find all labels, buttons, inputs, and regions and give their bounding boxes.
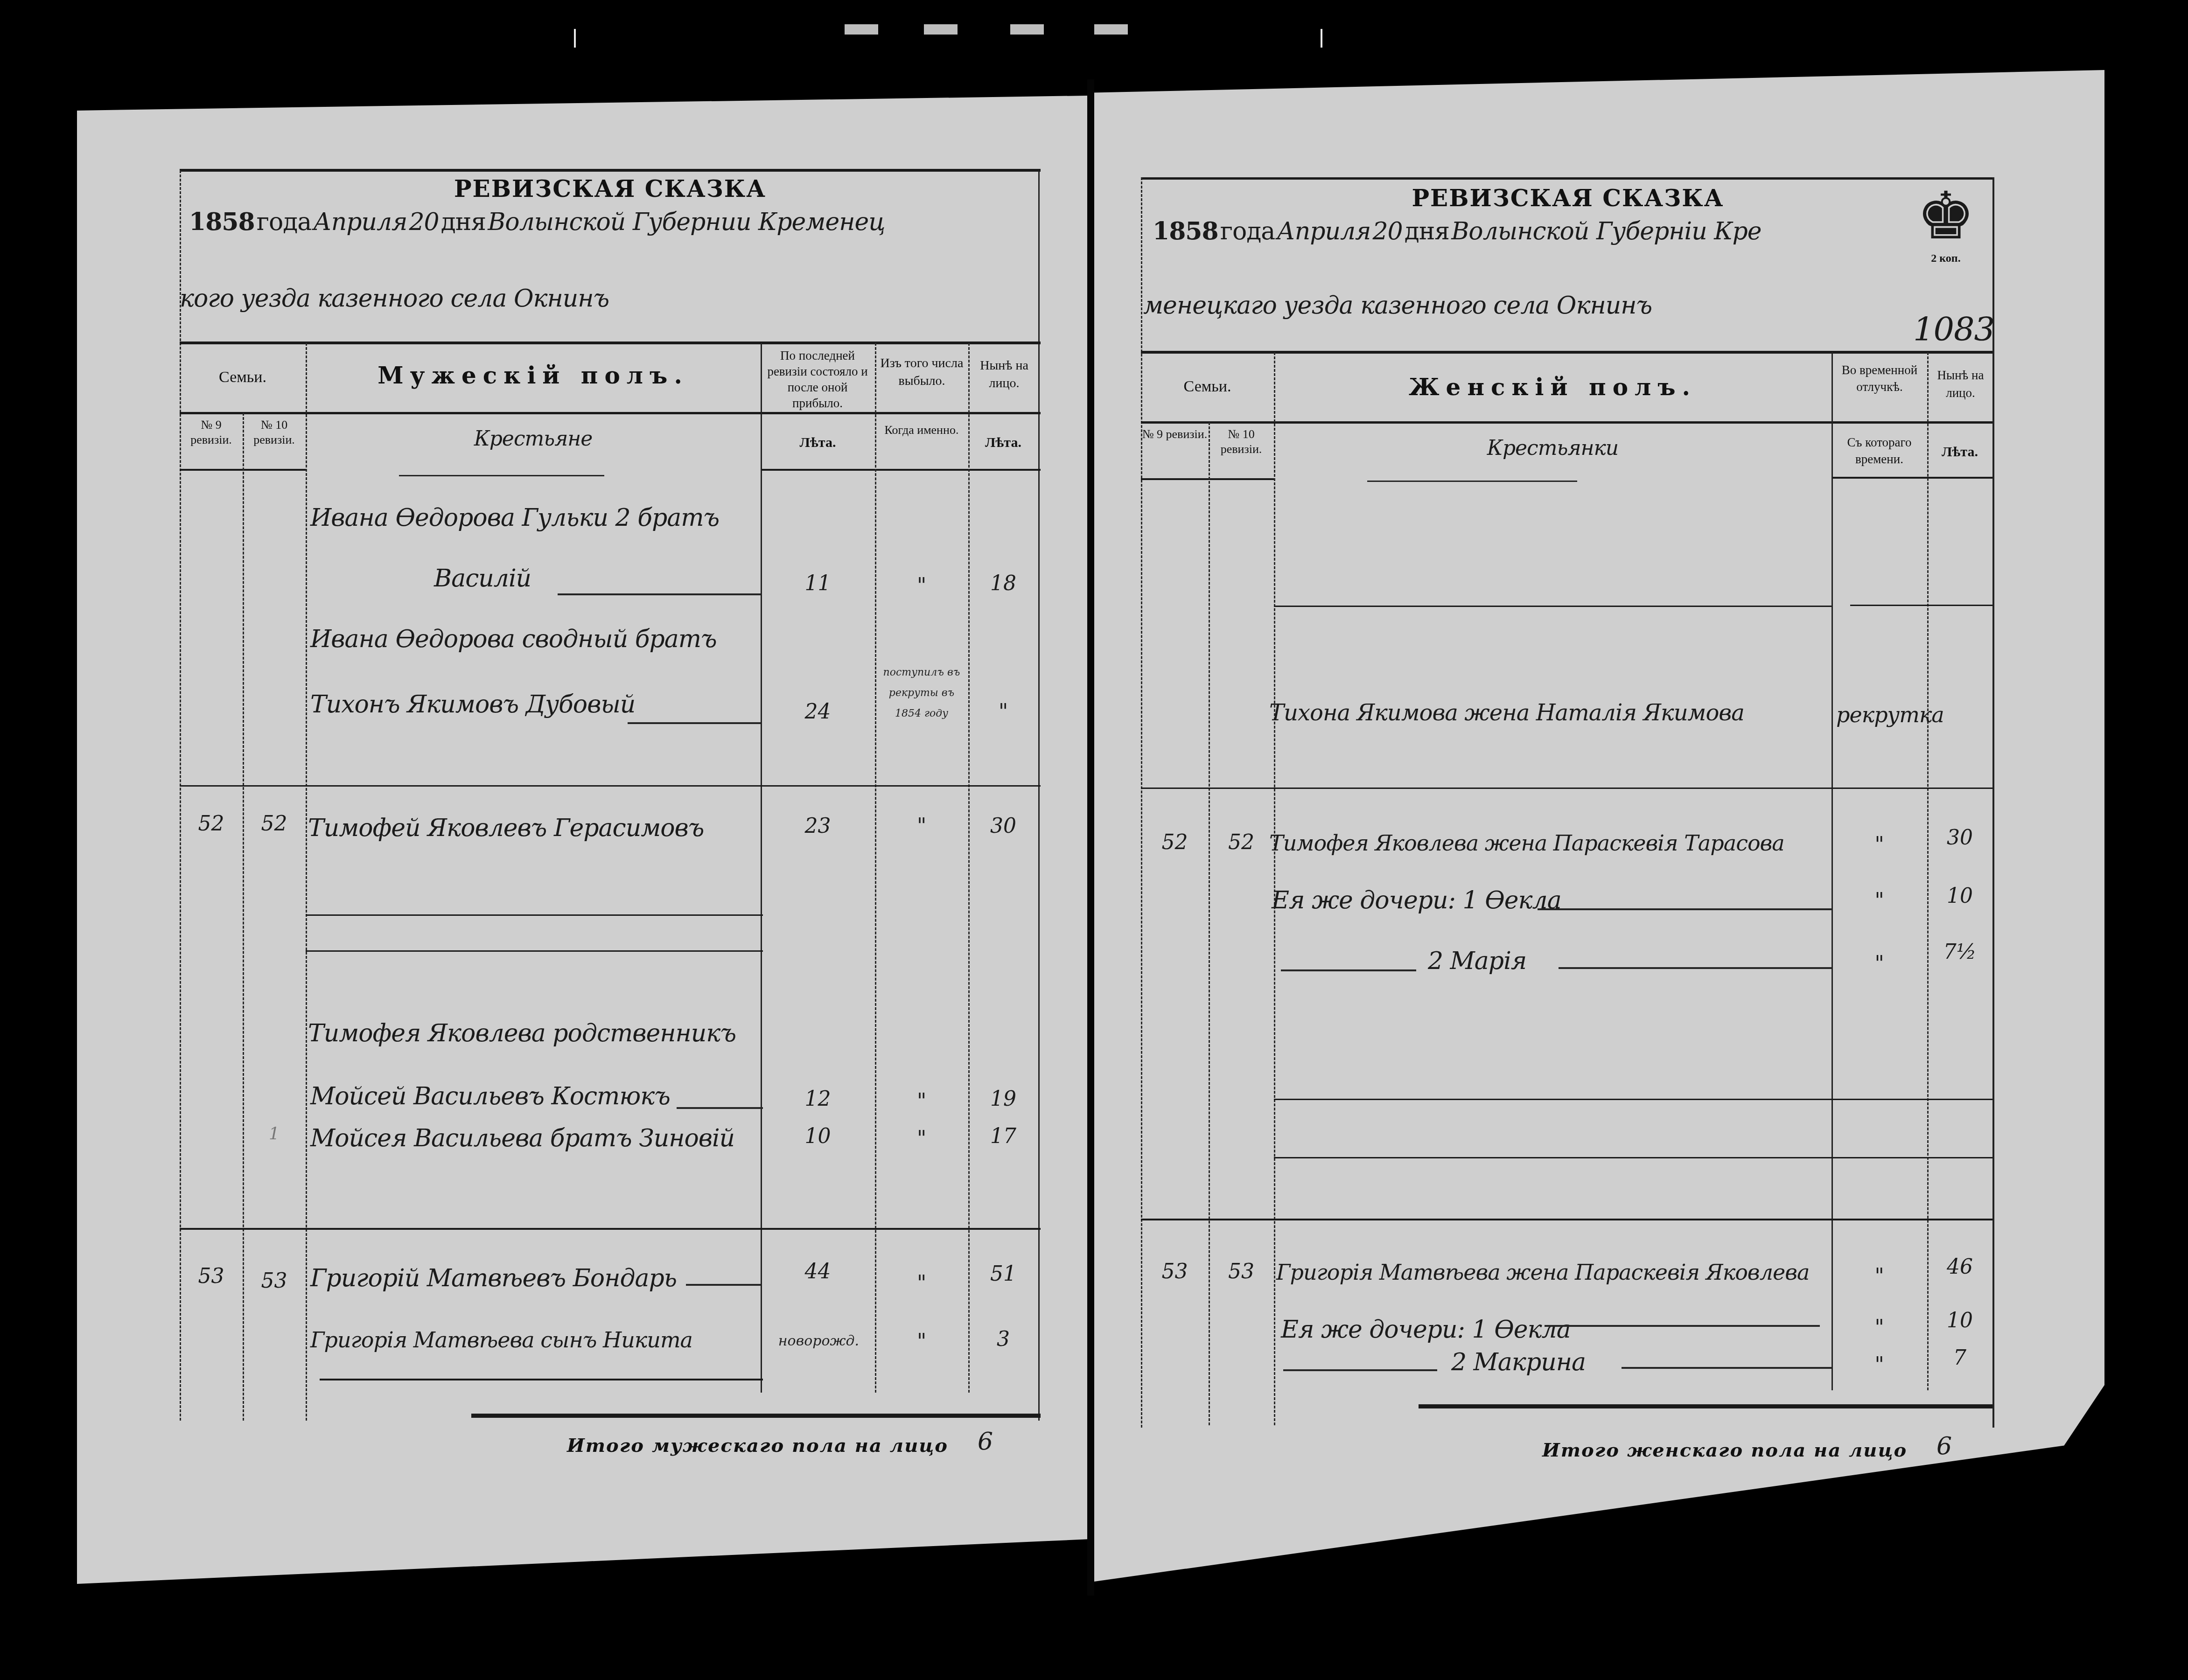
last-revision-age: 10 — [761, 1124, 875, 1148]
rev9-number: 52 — [180, 812, 243, 836]
category-label: Крестьянки — [1274, 436, 1831, 460]
row-separator — [180, 1228, 1041, 1230]
absence-value: " — [1831, 1264, 1927, 1288]
last-revision-age: 23 — [761, 814, 875, 838]
col-since-when: Съ котораго времени. — [1831, 434, 1927, 467]
heading-line-2: менецкаго уезда казенного села Окнинъ — [1143, 292, 1652, 320]
fill-line — [1283, 1369, 1437, 1371]
col-present: Нынѣ на лицо. — [1929, 366, 1992, 402]
absence-value: " — [1831, 1316, 1927, 1339]
row-separator — [180, 785, 1041, 787]
departed-value: " — [875, 1089, 968, 1113]
header-rule — [1141, 351, 1992, 354]
total-rule — [1419, 1404, 1992, 1408]
col-rev9: № 9 ревизіи. — [1141, 427, 1209, 442]
year: 1858 — [189, 208, 255, 236]
scan-tick — [574, 29, 576, 48]
fill-line — [1559, 967, 1831, 969]
person-name: Тихонъ Якимовъ Дубовый — [310, 690, 635, 718]
present-age: 10 — [1927, 884, 1992, 908]
row-separator — [306, 950, 763, 952]
col-departed: Изъ того числа выбыло. — [876, 355, 967, 390]
fill-line — [1545, 1325, 1820, 1327]
present-age: 7½ — [1927, 940, 1992, 964]
person-name: Тимофея Яковлева жена Параскевія Тарасов… — [1269, 830, 1784, 856]
rev9-number: 53 — [180, 1264, 243, 1288]
total-label: Итого мужескаго пола на лицо — [567, 1435, 948, 1457]
last-revision-age: 24 — [761, 700, 875, 724]
col-rev10: № 10 ревизіи. — [1209, 427, 1274, 457]
scan-tick — [1321, 29, 1322, 48]
person-name: Мойсей Васильевъ Костюкъ — [310, 1082, 670, 1110]
absence-note: рекрутка — [1836, 702, 1944, 727]
col-years: Лѣта. — [1927, 443, 1992, 461]
last-revision-age: 44 — [761, 1260, 875, 1283]
col-rule — [1141, 478, 1274, 480]
rev10-number: 53 — [243, 1269, 306, 1293]
category-label: Крестьяне — [306, 427, 761, 451]
top-rule — [180, 169, 1041, 172]
person-name: 2 Марія — [1428, 947, 1526, 975]
absence-value: " — [1831, 952, 1927, 976]
total-value: 6 — [1936, 1432, 1952, 1460]
year: 1858 — [1153, 217, 1218, 245]
present-age: 10 — [1927, 1309, 1992, 1332]
departed-value: " — [875, 574, 968, 598]
departed-note: поступилъ въ рекруты въ 1854 году — [875, 662, 968, 724]
present-age: 30 — [1927, 826, 1992, 850]
col-line — [1927, 352, 1929, 1390]
absence-value: " — [1831, 833, 1927, 857]
row-separator — [306, 914, 763, 916]
col-last-revision: По последней ревизіи состояло и после он… — [762, 348, 874, 411]
heading-line-1: 1858 года Априля 20 дня Волынской Губерн… — [189, 208, 885, 236]
departed-value: " — [875, 1127, 968, 1150]
double-headed-eagle-icon: ♚ — [1899, 184, 1992, 250]
present-age: 3 — [968, 1327, 1038, 1351]
form-title: РЕВИЗСКАЯ СКАЗКА — [180, 175, 1041, 202]
person-name: Григорія Матвѣева сынъ Никита — [310, 1327, 692, 1352]
fill-line — [677, 1107, 763, 1109]
person-name: Тимофей Яковлевъ Герасимовъ — [308, 814, 704, 842]
absence-value: " — [1831, 889, 1927, 913]
present-age: 7 — [1927, 1346, 1992, 1370]
person-name: Тихона Якимова жена Наталія Якимова — [1269, 700, 1744, 726]
present-age: " — [968, 700, 1038, 724]
header-rule — [180, 342, 1041, 344]
frame-left — [180, 170, 181, 1421]
col-families: Семьи. — [1141, 378, 1274, 396]
year-suffix: года — [1220, 217, 1275, 245]
present-age: 19 — [968, 1087, 1038, 1111]
rev10-number: 53 — [1209, 1260, 1274, 1283]
folio-number: 1083 — [1913, 310, 1994, 349]
form-title: РЕВИЗСКАЯ СКАЗКА — [1141, 184, 1995, 212]
day-suffix: дня — [441, 208, 486, 236]
total-value: 6 — [978, 1428, 993, 1456]
heading-line-1: 1858 года Априля 20 дня Волынской Губерн… — [1153, 217, 1762, 245]
day: 20 — [1373, 217, 1403, 245]
person-name: Ея же дочери: 1 Өекла — [1272, 886, 1561, 914]
departed-value: " — [875, 1271, 968, 1295]
person-name: Григорій Матвѣевъ Бондарь — [310, 1264, 677, 1292]
col-families: Семьи. — [180, 369, 306, 386]
person-name: Тимофея Яковлева родственникъ — [308, 1019, 736, 1047]
present-age: 30 — [968, 814, 1038, 838]
row-separator — [1274, 1099, 1992, 1100]
col-rule — [1831, 477, 1992, 479]
col-rev10: № 10 ревизіи. — [243, 418, 306, 447]
scan-mark — [1094, 24, 1128, 35]
person-name: Ея же дочери: 1 Өекла — [1281, 1316, 1571, 1344]
col-line — [1831, 352, 1833, 1390]
col-line — [968, 343, 970, 1393]
heading-line-2: кого уезда казенного села Окнинъ — [180, 285, 609, 313]
present-age: 17 — [968, 1124, 1038, 1148]
month: Априля — [313, 208, 407, 236]
col-line — [875, 343, 876, 1393]
col-years: Лѣта. — [761, 434, 875, 452]
total-label: Итого женскаго пола на лицо — [1542, 1439, 1907, 1461]
present-age: 18 — [968, 572, 1038, 595]
col-rule — [761, 469, 1041, 471]
col-temp-absence: Во временной отлучкѣ. — [1833, 362, 1926, 395]
row-separator — [1274, 1157, 1992, 1158]
person-name: Григорія Матвѣева жена Параскевія Яковле… — [1276, 1260, 1809, 1285]
month: Априля — [1277, 217, 1370, 245]
rev9-number: 53 — [1141, 1260, 1209, 1283]
frame-left — [1141, 177, 1142, 1428]
rev10-number: 52 — [243, 812, 306, 836]
subheader-rule — [180, 412, 1041, 414]
frame-right — [1992, 177, 1994, 1428]
fill-line — [1622, 1367, 1831, 1369]
scan-mark — [1010, 24, 1044, 35]
present-age: 46 — [1927, 1255, 1992, 1279]
imperial-eagle-stamp: ♚ 2 коп. — [1899, 184, 1992, 267]
fill-line — [1538, 908, 1831, 910]
total-rule — [471, 1414, 1041, 1418]
day: 20 — [409, 208, 439, 236]
col-line — [306, 343, 307, 1421]
place: Волынской Губернии Кременец — [488, 208, 885, 236]
col-present: Нынѣ на лицо. — [970, 357, 1039, 392]
departed-value: " — [875, 1330, 968, 1353]
section-title-male: Мужескій полъ. — [306, 362, 761, 389]
category-underline — [1367, 481, 1577, 482]
place: Волынской Губерніи Кре — [1451, 217, 1761, 245]
person-name: Ивана Өедорова сводный братъ — [310, 625, 717, 653]
person-name: Василій — [434, 565, 531, 593]
departed-value: " — [875, 814, 968, 838]
fill-line — [558, 593, 761, 595]
fill-line — [628, 722, 761, 724]
stamp-label: 2 коп. — [1899, 250, 1992, 267]
scan-mark — [845, 24, 878, 35]
row-separator — [1141, 1219, 1992, 1220]
present-age: 51 — [968, 1262, 1038, 1286]
book-gutter — [1087, 79, 1094, 1596]
col-when: Когда именно. — [875, 422, 968, 438]
rev9-number: 52 — [1141, 830, 1209, 854]
section-title-female: Женскій полъ. — [1274, 373, 1831, 401]
year-suffix: года — [257, 208, 312, 236]
last-revision-age: 12 — [761, 1087, 875, 1111]
row-separator — [1274, 606, 1831, 607]
subheader-rule — [1141, 421, 1992, 424]
col-line — [761, 343, 762, 1393]
margin-mark: 1 — [243, 1124, 306, 1143]
fill-line — [686, 1284, 761, 1286]
row-separator — [1141, 788, 1992, 789]
top-rule — [1141, 177, 1992, 180]
person-name: Ивана Өедорова Гульки 2 братъ — [310, 504, 719, 532]
absence-value: " — [1831, 1353, 1927, 1377]
person-name: 2 Макрина — [1451, 1348, 1586, 1376]
col-years-present: Лѣта. — [968, 434, 1038, 452]
fill-line — [1281, 969, 1416, 971]
person-name: Мойсея Васильева братъ Зиновій — [310, 1124, 734, 1152]
row-separator — [1850, 605, 1992, 606]
last-revision-note: новорожд. — [762, 1327, 876, 1355]
row-separator — [320, 1379, 763, 1380]
scan-mark — [924, 24, 958, 35]
rev10-number: 52 — [1209, 830, 1274, 854]
last-revision-age: 11 — [761, 572, 875, 595]
col-rev9: № 9 ревизіи. — [180, 418, 243, 447]
category-underline — [399, 475, 604, 476]
day-suffix: дня — [1405, 217, 1449, 245]
